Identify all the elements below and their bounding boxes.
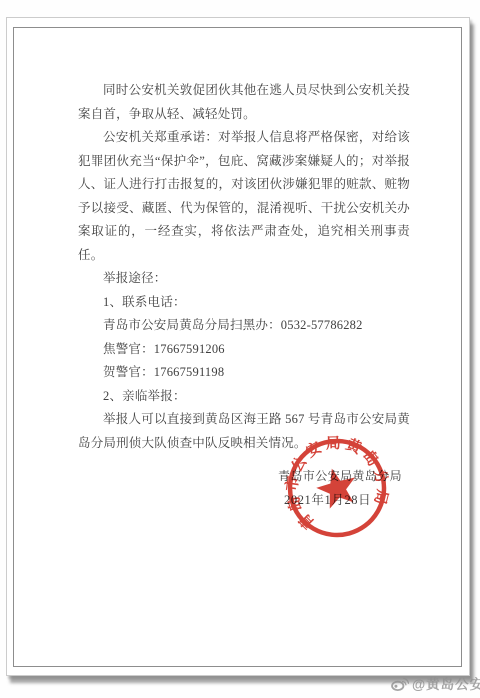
paragraph: 同时公安机关敦促团伙其他在逃人员尽快到公安机关投案自首，争取从轻、减轻处罚。 xyxy=(78,79,410,126)
paragraph: 公安机关郑重承诺：对举报人信息将严格保密，对给该犯罪团伙充当“保护伞”，包庇、窝… xyxy=(78,126,410,267)
contact-phone-heading: 1、联系电话： xyxy=(78,291,410,315)
contact-officer2-line: 贺警官：17667591198 xyxy=(78,361,410,385)
document-page: 同时公安机关敦促团伙其他在逃人员尽快到公安机关投案自首，争取从轻、减轻处罚。 公… xyxy=(6,17,470,676)
contact-office-line: 青岛市公安局黄岛分局扫黑办：0532-57786282 xyxy=(78,314,410,338)
seal-star xyxy=(313,464,361,511)
official-seal: 青岛市公安局黄岛分局 xyxy=(277,428,397,548)
watermark-handle: @黄岛公安 xyxy=(412,673,480,693)
contact-officer1-line: 焦警官：17667591206 xyxy=(78,338,410,362)
watermark: @黄岛公安 xyxy=(391,673,480,693)
visit-report-heading: 2、亲临举报： xyxy=(78,385,410,409)
document-body: 同时公安机关敦促团伙其他在逃人员尽快到公安机关投案自首，争取从轻、减轻处罚。 公… xyxy=(78,79,410,455)
weibo-icon xyxy=(391,676,409,691)
report-channels-heading: 举报途径： xyxy=(78,267,410,291)
